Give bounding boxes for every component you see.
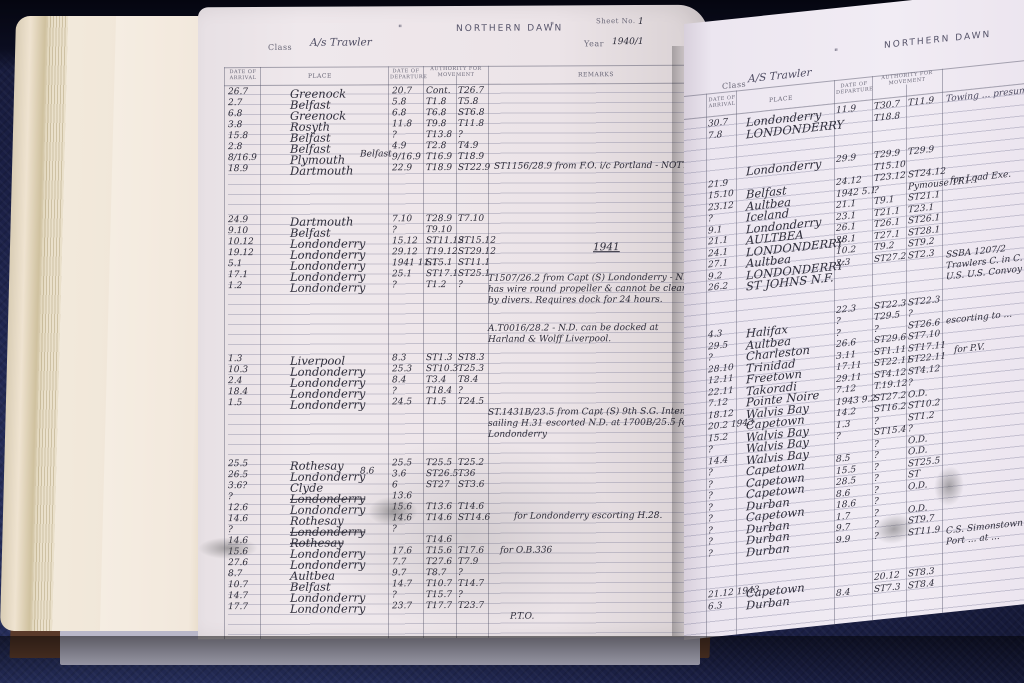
authority-departure: T5.8 xyxy=(458,97,478,107)
departure-date: 5.8 xyxy=(392,97,406,107)
arrival-date: ? xyxy=(708,502,713,513)
grime xyxy=(318,435,618,637)
arrival-date: 17.1 xyxy=(228,270,248,280)
place-name: Londonderry xyxy=(290,397,365,411)
authority-departure: ? xyxy=(908,309,913,320)
authority-arrival: T1.8 xyxy=(426,97,446,107)
departure-date: 29.12 xyxy=(392,247,418,257)
arrival-date: ? xyxy=(708,514,713,525)
authority-arrival: ? xyxy=(874,474,879,485)
year-value: 1940/1 xyxy=(612,37,644,47)
quote-mark: " xyxy=(834,48,838,58)
authority-departure: T7.10 xyxy=(458,214,484,224)
arrival-date: 5.1 xyxy=(228,259,242,269)
departure-date: 3.11 xyxy=(836,349,856,361)
authority-arrival: T6.8 xyxy=(426,108,446,118)
place-note: Belfast xyxy=(360,149,392,159)
authority-arrival: T18.4 xyxy=(426,386,452,396)
departure-date: ? xyxy=(836,432,841,443)
arrival-date: 1.5 xyxy=(228,398,242,408)
authority-arrival: ? xyxy=(874,451,879,462)
authority-departure: T4.9 xyxy=(458,141,478,151)
arrival-date: ? xyxy=(708,445,713,456)
departure-date: 22.3 xyxy=(836,303,856,315)
departure-date: 8.4 xyxy=(392,375,406,385)
place-name: Londonderry xyxy=(290,280,365,294)
departure-date: 8.3 xyxy=(392,353,406,363)
authority-arrival: T28.9 xyxy=(426,214,452,224)
column-header-authority: Authority for Movement xyxy=(426,66,486,78)
departure-date: 11.9 xyxy=(836,104,856,116)
authority-departure: T26.7 xyxy=(458,86,484,96)
arrival-date: 2.8 xyxy=(228,142,242,152)
authority-departure: O.D. xyxy=(908,445,927,457)
departure-date: ? xyxy=(392,225,397,235)
departure-date: 15.12 xyxy=(392,236,418,246)
arrival-date: 12.6 xyxy=(228,503,248,513)
place-name: Dartmouth xyxy=(290,164,353,178)
departure-date: 11.8 xyxy=(392,119,412,129)
bottom-shadow xyxy=(0,636,1024,683)
authority-departure: ST22.9 xyxy=(458,163,490,173)
departure-date: 18.6 xyxy=(836,499,856,511)
column-header-arrival: Date of Arrival xyxy=(228,69,258,81)
column-header-arrival: Date of Arrival xyxy=(708,95,736,110)
authority-departure: ST15.12 xyxy=(458,236,496,246)
arrival-date: 17.7 xyxy=(228,602,248,612)
class-value: A/s Trawler xyxy=(310,36,372,48)
ship-name: NORTHERN DAWN xyxy=(884,30,991,51)
departure-date: 8.5 xyxy=(836,454,850,466)
remark-year: 1941 xyxy=(593,241,620,253)
arrival-date: ? xyxy=(708,525,713,536)
authority-departure: ? xyxy=(458,280,463,290)
departure-date: 22.9 xyxy=(392,163,412,173)
authority-arrival: ? xyxy=(874,485,879,496)
arrival-date: 21.9 xyxy=(708,178,728,190)
authority-arrival: ? xyxy=(874,324,879,335)
arrival-date: 10.12 xyxy=(228,237,254,247)
arrival-date: 6.3 xyxy=(708,600,722,612)
authority-arrival: T16.9 xyxy=(426,152,452,162)
authority-arrival: T1.2 xyxy=(426,280,446,290)
arrival-date: ? xyxy=(708,491,713,502)
arrival-date: ? xyxy=(708,537,713,548)
arrival-date: 2.4 xyxy=(228,376,242,386)
authority-departure: ST25.1 xyxy=(458,269,490,279)
arrival-date: 26.7 xyxy=(228,87,248,97)
authority-arrival: ? xyxy=(874,439,879,450)
arrival-date: ? xyxy=(708,479,713,490)
departure-date: 25.1 xyxy=(392,269,412,279)
authority-departure: ST xyxy=(908,469,920,480)
arrival-date: 6.8 xyxy=(228,109,242,119)
authority-arrival: T19.12 xyxy=(426,247,458,257)
arrival-date: 26.2 xyxy=(708,281,728,293)
arrival-date: 1.3 xyxy=(228,354,242,364)
arrival-date: 10.3 xyxy=(228,365,248,375)
quote-mark: " xyxy=(398,24,402,34)
departure-date: 7.12 xyxy=(836,384,856,396)
departure-date: 10.2 xyxy=(836,245,856,257)
authority-arrival: ? xyxy=(874,497,879,508)
authority-arrival: T9.1 xyxy=(874,195,894,207)
arrival-date: 3.8 xyxy=(228,120,242,130)
arrival-date: 8.7 xyxy=(228,569,242,579)
column-header-remarks: REMARKS xyxy=(578,71,614,78)
authority-arrival: ST1.3 xyxy=(426,353,452,363)
column-header-place: PLACE xyxy=(769,95,793,105)
arrival-date: 18.9 xyxy=(228,164,248,174)
departure-date: 20.7 xyxy=(392,86,412,96)
arrival-date: 14.7 xyxy=(228,591,248,601)
authority-departure: O.D. xyxy=(908,480,927,492)
column-line xyxy=(706,94,707,638)
authority-departure: ? xyxy=(458,386,463,396)
ledger-page-right: Class A/S Trawler " NORTHERN DAWN Date o… xyxy=(684,0,1024,640)
departure-date: 29.9 xyxy=(836,153,856,165)
arrival-date: ? xyxy=(708,548,713,559)
arrival-date: ? xyxy=(708,353,713,364)
arrival-date: 4.3 xyxy=(708,329,722,341)
arrival-date: ? xyxy=(708,468,713,479)
arrival-date: 15.2 xyxy=(708,432,728,444)
sheet-label: Sheet No. xyxy=(596,17,636,25)
column-header-departure: Date of Departure xyxy=(836,80,872,96)
authority-arrival: T9.2 xyxy=(874,241,894,253)
arrival-date: 21.1 xyxy=(708,235,728,247)
authority-departure: T24.5 xyxy=(458,397,484,407)
arrival-date: 26.5 xyxy=(228,470,248,480)
year-label: Year xyxy=(584,39,604,48)
column-line xyxy=(834,80,835,624)
class-value: A/S Trawler xyxy=(748,67,812,86)
arrival-date: 24.1 xyxy=(708,247,728,259)
authority-arrival: ST17.1 xyxy=(426,269,458,279)
arrival-date: 25.5 xyxy=(228,459,248,469)
authority-arrival: ? xyxy=(874,416,879,427)
authority-arrival: ? xyxy=(874,462,879,473)
departure-date: ? xyxy=(392,386,397,396)
remark: A.T0016/28.2 - N.D. can be docked at Har… xyxy=(488,323,698,346)
authority-arrival: ST10.3 xyxy=(426,364,458,374)
departure-date: 9.7 xyxy=(836,523,850,535)
authority-departure: T18.9 xyxy=(458,152,484,162)
arrival-date: 1.2 xyxy=(228,281,242,291)
departure-date: 8.6 xyxy=(836,488,850,500)
arrival-date: 14.6 xyxy=(228,514,248,524)
place-name: Londonderry xyxy=(290,601,365,615)
departure-date: 21.1 xyxy=(836,199,856,211)
arrival-date: 30.7 xyxy=(708,117,728,129)
arrival-date: 27.6 xyxy=(228,558,248,568)
departure-date: ? xyxy=(392,280,397,290)
column-header-departure: Date of Departure xyxy=(390,68,422,80)
departure-date: ? xyxy=(836,328,841,339)
authority-arrival: T1.5 xyxy=(426,397,446,407)
arrival-date: ? xyxy=(708,214,713,225)
arrival-date: ? xyxy=(228,525,233,535)
departure-date: 26.1 xyxy=(836,222,856,234)
authority-arrival: T2.8 xyxy=(426,141,446,151)
departure-date: 1.7 xyxy=(836,511,850,523)
authority-departure: ? xyxy=(458,130,463,140)
arrival-date: ? xyxy=(228,492,233,502)
departure-date: ? xyxy=(836,317,841,328)
remark: ST.1431B/23.5 from Capt (S) 9th S.G. Int… xyxy=(488,407,698,441)
column-header-authority: Authority for Movement xyxy=(874,69,940,88)
column-line xyxy=(260,67,261,639)
ship-name: NORTHERN DAWN xyxy=(456,23,563,34)
arrival-date: 8/16.9 xyxy=(228,153,257,163)
departure-date: ? xyxy=(392,130,397,140)
arrival-date: 27.1 xyxy=(708,258,728,270)
authority-departure: T8.4 xyxy=(458,375,478,385)
departure-date: 28.1 xyxy=(836,233,856,245)
arrival-date: 18.4 xyxy=(228,387,248,397)
authority-arrival: T13.8 xyxy=(426,130,452,140)
departure-date: 25.3 xyxy=(392,364,412,374)
departure-date: 4.9 xyxy=(392,141,406,151)
authority-departure: ST6.8 xyxy=(458,108,484,118)
column-line xyxy=(872,76,873,620)
departure-date: 2.3 xyxy=(836,257,850,269)
arrival-date: 9.10 xyxy=(228,226,248,236)
departure-date: 14.2 xyxy=(836,407,856,419)
arrival-date: 3.6? xyxy=(228,481,247,491)
authority-departure: T11.8 xyxy=(458,119,484,129)
arrival-date: 2.7 xyxy=(228,98,242,108)
class-label: Class xyxy=(268,43,292,52)
departure-date: 28.5 xyxy=(836,476,856,488)
authority-departure: O.D. xyxy=(908,388,927,400)
departure-date: 9.9 xyxy=(836,534,850,546)
departure-date: 24.5 xyxy=(392,397,412,407)
arrival-date: 19.12 xyxy=(228,248,254,258)
authority-departure: ? xyxy=(908,378,913,389)
departure-date: 26.6 xyxy=(836,338,856,350)
arrival-date: 14.4 xyxy=(708,455,728,467)
authority-departure: ST11.1 xyxy=(458,258,490,268)
authority-departure: O.D. xyxy=(908,434,927,446)
authority-arrival: ? xyxy=(874,508,879,519)
departure-date: 15.5 xyxy=(836,464,856,476)
arrival-date: 9.2 xyxy=(708,270,722,282)
arrival-date: 7.8 xyxy=(708,129,722,141)
authority-departure: ST29.12 xyxy=(458,247,496,257)
quote-mark: " xyxy=(550,21,554,31)
authority-arrival: T3.4 xyxy=(426,375,446,385)
authority-arrival: Cont. xyxy=(426,86,451,96)
authority-arrival: ? xyxy=(874,185,879,196)
arrival-date: 7.12 xyxy=(708,397,728,409)
authority-departure: T25.3 xyxy=(458,364,484,374)
arrival-date: 29.5 xyxy=(708,340,728,352)
remark: T1507/26.2 from Capt (S) Londonderry - N… xyxy=(488,273,698,307)
departure-date: 23.1 xyxy=(836,210,856,222)
authority-departure: O.D. xyxy=(908,503,927,515)
departure-date: 9/16.9 xyxy=(392,152,421,162)
sheet-value: 1 xyxy=(638,17,644,27)
arrival-date: 15.8 xyxy=(228,131,248,141)
column-header-place: PLACE xyxy=(308,73,332,80)
authority-arrival: T9.10 xyxy=(426,225,452,235)
departure-date: 7.10 xyxy=(392,214,412,224)
authority-arrival: ST5.1 xyxy=(426,258,452,268)
column-line xyxy=(736,90,737,634)
arrival-date: 10.7 xyxy=(228,580,248,590)
authority-arrival: T9.8 xyxy=(426,119,446,129)
ledger-page-left: Class A/s Trawler " NORTHERN DAWN " Shee… xyxy=(198,5,708,640)
arrival-date: 24.9 xyxy=(228,215,248,225)
departure-date: 1.3 xyxy=(836,419,850,431)
departure-date: 6.8 xyxy=(392,108,406,118)
departure-date: 8.4 xyxy=(836,587,850,599)
authority-arrival: T18.9 xyxy=(426,163,452,173)
authority-departure: ? xyxy=(908,424,913,435)
arrival-date: 9.1 xyxy=(708,224,722,236)
authority-departure: ST8.3 xyxy=(458,353,484,363)
